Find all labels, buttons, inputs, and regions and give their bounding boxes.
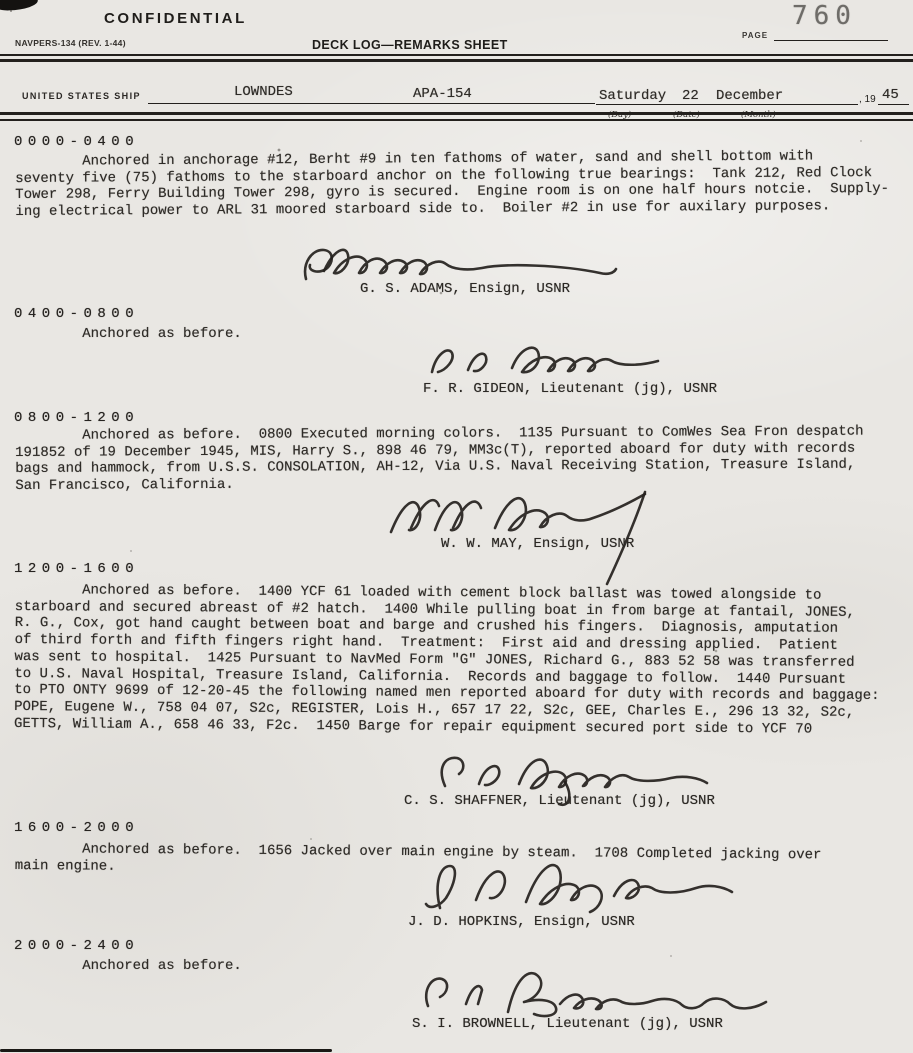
entry-remarks-text: Anchored as before. 1400 YCF 61 loaded w… xyxy=(14,582,880,738)
page-label: PAGE xyxy=(742,31,768,40)
subheader-rule-thin xyxy=(0,119,913,121)
scan-bottom-edge-mark xyxy=(0,1049,332,1052)
form-number: NAVPERS-134 (REV. 1-44) xyxy=(15,38,126,48)
entry-signer-typed-name: F. R. GIDEON, Lieutenant (jg), USNR xyxy=(423,381,717,398)
page-number-blank-line xyxy=(774,40,888,41)
entry-time-heading: 0400-0800 xyxy=(14,306,139,323)
entry-signer-typed-name: S. I. BROWNELL, Lieutenant (jg), USNR xyxy=(412,1016,723,1033)
signature-brownell-handwriting xyxy=(412,966,772,1020)
header-rule-thick xyxy=(0,59,913,62)
entry-time-heading: 0800-1200 xyxy=(14,410,139,427)
year-line xyxy=(878,104,909,105)
year-prefix: , 19 xyxy=(859,94,876,105)
day-value: Saturday xyxy=(599,88,666,105)
entry-time-heading: 2000-2400 xyxy=(14,938,139,955)
entry-remarks-text: Anchored as before. xyxy=(15,326,242,343)
entry-time-heading: 1600-2000 xyxy=(14,820,139,837)
year-value: 45 xyxy=(882,87,899,104)
entry-time-heading: 1200-1600 xyxy=(14,561,139,578)
header-rule-thin xyxy=(0,54,913,56)
entry-signer-typed-name: W. W. MAY, Ensign, USNR xyxy=(441,536,634,553)
entry-remarks-text: Anchored as before. 0800 Executed mornin… xyxy=(15,424,864,495)
ship-name-line xyxy=(148,103,595,104)
hull-number-value: APA-154 xyxy=(413,86,472,103)
scan-corner-smudge xyxy=(0,0,38,11)
page-title: DECK LOG—REMARKS SHEET xyxy=(312,38,508,52)
ship-name-value: LOWNDES xyxy=(234,84,293,101)
signature-hopkins-handwriting xyxy=(410,856,750,916)
page-number-stamp: 760 xyxy=(792,1,857,31)
entry-remarks-text: Anchored as before. xyxy=(15,958,242,975)
signature-gideon-handwriting xyxy=(420,338,680,384)
date-value: 22 xyxy=(682,88,699,105)
classification-stamp: CONFIDENTIAL xyxy=(104,10,247,27)
deck-log-remarks-sheet: CONFIDENTIAL 760 PAGE NAVPERS-134 (REV. … xyxy=(0,0,913,1053)
entry-remarks-text: Anchored in anchorage #12, Berht #9 in t… xyxy=(15,148,889,221)
month-value: December xyxy=(716,88,783,105)
entry-signer-typed-name: J. D. HOPKINS, Ensign, USNR xyxy=(408,914,635,931)
entry-signer-typed-name: G. S. ADAMS, Ensign, USNR xyxy=(360,281,570,298)
entry-time-heading: 0000-0400 xyxy=(14,134,139,151)
subheader-rule-thick xyxy=(0,112,913,115)
ship-label: UNITED STATES SHIP xyxy=(22,91,141,101)
scan-ink-specks xyxy=(10,10,12,12)
entry-signer-typed-name: C. S. SHAFFNER, Lieutenant (jg), USNR xyxy=(404,793,715,810)
